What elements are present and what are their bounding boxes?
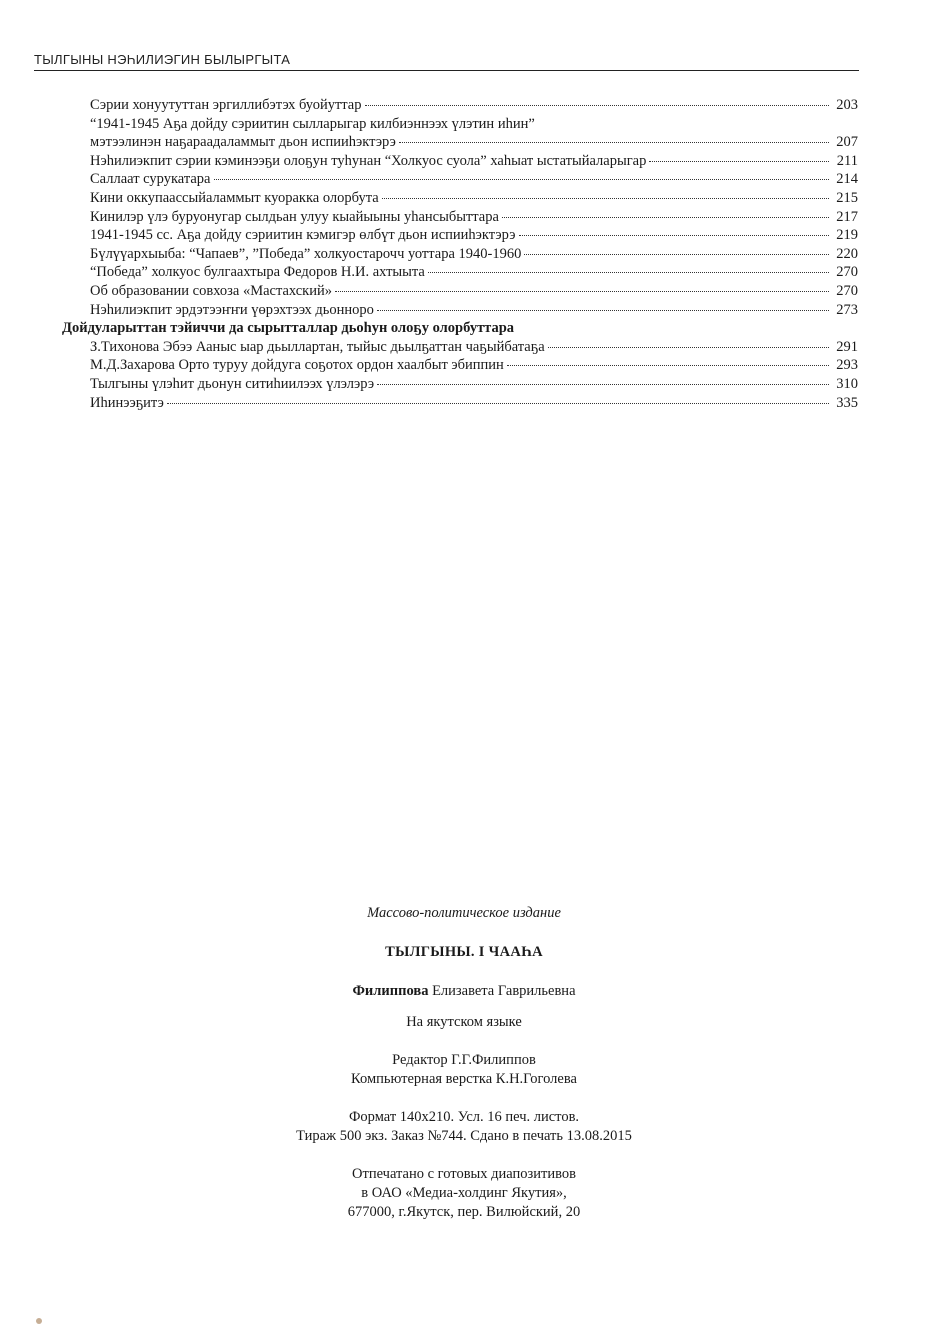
toc-entry-title: Нэһилиэкпит эрдэтээҥҥи үөрэхтээх дьоннор…: [90, 301, 374, 320]
toc-entry-title: Кинилэр үлэ буруонугар сылдьан улуу кыай…: [90, 208, 499, 227]
toc-entry: Нэһилиэкпит сэрии кэминээҕи олоҕун туһун…: [90, 152, 858, 171]
author-name: Елизавета Гаврильевна: [432, 983, 575, 999]
author-surname: Филиппова: [352, 983, 428, 999]
colophon: Массово-политическое издание ТЫЛГЫНЫ. I …: [0, 904, 928, 1222]
printer-name: в ОАО «Медиа-холдинг Якутия»,: [0, 1184, 928, 1203]
toc-entry: Сэрии хонуутуттан эргиллибэтэх буойуттар…: [90, 96, 858, 115]
toc-page-number: 335: [832, 394, 858, 413]
paper-speck: [36, 1318, 42, 1324]
toc-entry: Бүлүүархыыба: “Чапаев”, ”Победа” холкуос…: [90, 245, 858, 264]
printer-address: 677000, г.Якутск, пер. Вилюйский, 20: [0, 1203, 928, 1222]
dot-leader: [519, 235, 830, 236]
dot-leader: [548, 347, 829, 348]
toc-entry-title: Тылгыны үлэһит дьонун ситиһиилээх үлэлэр…: [90, 375, 374, 394]
toc-page-number: 217: [832, 208, 858, 227]
dot-leader: [502, 217, 829, 218]
toc-entry: “Победа” холкуос булгаахтыра Федоров Н.И…: [90, 263, 858, 282]
table-of-contents: Сэрии хонуутуттан эргиллибэтэх буойуттар…: [90, 96, 858, 412]
toc-page-number: 220: [832, 245, 858, 264]
printer-info: Отпечатано с готовых диапозитивов в ОАО …: [0, 1165, 928, 1222]
toc-page-number: 215: [832, 189, 858, 208]
toc-entry-title: мэтээлинэн наҕараадаламмыт дьон испииһэк…: [90, 133, 396, 152]
dot-leader: [507, 365, 829, 366]
toc-page-number: 273: [832, 301, 858, 320]
toc-entry-title: Бүлүүархыыба: “Чапаев”, ”Победа” холкуос…: [90, 245, 521, 264]
toc-entry-title: “Победа” холкуос булгаахтыра Федоров Н.И…: [90, 263, 425, 282]
editor-credit: Редактор Г.Г.Филиппов: [0, 1051, 928, 1070]
toc-page-number: 219: [832, 226, 858, 245]
toc-entry: Саллаат сурукатара214: [90, 170, 858, 189]
toc-entry-title: Кини оккупаассыйаламмыт куоракка олорбут…: [90, 189, 379, 208]
toc-entry: 1941-1945 сс. Аҕа дойду сэриитин кэмигэр…: [90, 226, 858, 245]
toc-entry: “1941-1945 Аҕа дойду сэриитин сылларыгар…: [90, 115, 858, 134]
toc-page-number: 207: [832, 133, 858, 152]
toc-page-number: 293: [832, 356, 858, 375]
toc-entry: Иһинээҕитэ335: [90, 394, 858, 413]
toc-entry: Тылгыны үлэһит дьонун ситиһиилээх үлэлэр…: [90, 375, 858, 394]
author: Филиппова Елизавета Гаврильевна: [0, 982, 928, 1001]
toc-page-number: 270: [832, 263, 858, 282]
dot-leader: [377, 384, 829, 385]
series-label: Массово-политическое издание: [0, 904, 928, 923]
toc-page-number: 291: [832, 338, 858, 357]
header-rule: [34, 70, 859, 71]
toc-entry-title: “1941-1945 Аҕа дойду сэриитин сылларыгар…: [90, 115, 535, 134]
toc-entry: Кини оккупаассыйаламмыт куоракка олорбут…: [90, 189, 858, 208]
toc-page-number: 270: [832, 282, 858, 301]
dot-leader: [377, 310, 829, 311]
toc-entry: Об образовании совхоза «Мастахский»270: [90, 282, 858, 301]
toc-entry-title: З.Тихонова Эбээ Ааныс ыар дьыллартан, ты…: [90, 338, 545, 357]
toc-page-number: 203: [832, 96, 858, 115]
running-head: ТЫЛГЫНЫ НЭҺИЛИЭГИН БЫЛЫРГЫТА: [34, 52, 290, 67]
dot-leader: [382, 198, 829, 199]
toc-entry-title: Нэһилиэкпит сэрии кэминээҕи олоҕун туһун…: [90, 152, 646, 171]
dot-leader: [365, 105, 830, 106]
toc-page-number: 214: [832, 170, 858, 189]
toc-entry: З.Тихонова Эбээ Ааныс ыар дьыллартан, ты…: [90, 338, 858, 357]
language-note: На якутском языке: [0, 1013, 928, 1032]
toc-page-number: 310: [832, 375, 858, 394]
toc-entry-title: Иһинээҕитэ: [90, 394, 164, 413]
dot-leader: [649, 161, 829, 162]
book-title: ТЫЛГЫНЫ. I ЧААҺА: [0, 943, 928, 962]
toc-entry-title: Саллаат сурукатара: [90, 170, 211, 189]
credits: Редактор Г.Г.Филиппов Компьютерная верст…: [0, 1051, 928, 1089]
toc-entry: Кинилэр үлэ буруонугар сылдьан улуу кыай…: [90, 208, 858, 227]
printed-from: Отпечатано с готовых диапозитивов: [0, 1165, 928, 1184]
toc-entry-title: Сэрии хонуутуттан эргиллибэтэх буойуттар: [90, 96, 362, 115]
toc-entry: мэтээлинэн наҕараадаламмыт дьон испииһэк…: [90, 133, 858, 152]
layout-credit: Компьютерная верстка К.Н.Гоголева: [0, 1070, 928, 1089]
print-specs: Формат 140х210. Усл. 16 печ. листов. Тир…: [0, 1108, 928, 1146]
dot-leader: [524, 254, 829, 255]
dot-leader: [167, 403, 829, 404]
dot-leader: [214, 179, 830, 180]
dot-leader: [335, 291, 829, 292]
toc-page-number: 211: [832, 152, 858, 171]
format-info: Формат 140х210. Усл. 16 печ. листов.: [0, 1108, 928, 1127]
dot-leader: [428, 272, 829, 273]
toc-entry-title: Дойдуларыттан тэйиччи да сырытталлар дьо…: [62, 319, 514, 338]
toc-entry-title: 1941-1945 сс. Аҕа дойду сэриитин кэмигэр…: [90, 226, 516, 245]
toc-entry: М.Д.Захарова Орто туруу дойдуга соҕотох …: [90, 356, 858, 375]
toc-entry-title: Об образовании совхоза «Мастахский»: [90, 282, 332, 301]
print-run-info: Тираж 500 экз. Заказ №744. Сдано в печат…: [0, 1127, 928, 1146]
toc-entry-title: М.Д.Захарова Орто туруу дойдуга соҕотох …: [90, 356, 504, 375]
toc-entry: Нэһилиэкпит эрдэтээҥҥи үөрэхтээх дьоннор…: [90, 301, 858, 320]
dot-leader: [399, 142, 829, 143]
toc-section-heading: Дойдуларыттан тэйиччи да сырытталлар дьо…: [62, 319, 858, 338]
